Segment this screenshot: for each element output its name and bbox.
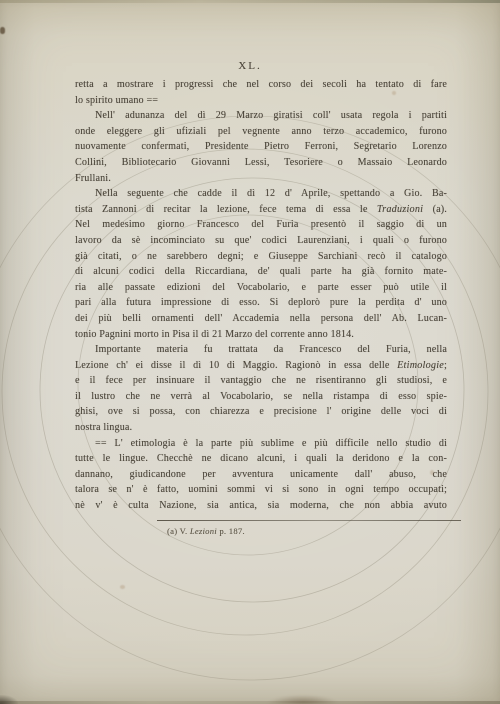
text-line: Importante materia fu trattata da France… (75, 342, 447, 358)
text-line: ria alle passate edizioni del Vocabolari… (75, 280, 447, 296)
corner-stain (0, 695, 18, 704)
text-line: ghisi, ove si possa, con chiarezza e pre… (75, 404, 447, 420)
text-line: già citati, o ne sarebbero degni; e Gius… (75, 249, 447, 265)
fox-spot (120, 585, 125, 589)
text-line: Nell' adunanza del dì 29 Marzo giratisi … (75, 108, 447, 124)
bottom-smudge (268, 695, 338, 704)
text-line: e il fece per insinuare il vantaggio che… (75, 373, 447, 389)
fox-spot (392, 91, 396, 95)
body-text: retta a mostrare i progressi che nel cor… (75, 77, 447, 514)
text-line: == L' etimologia è la parte più sublime … (75, 436, 447, 452)
text-line: nuovamente confermati, Presidente Pietro… (75, 139, 447, 155)
text-line: nè v' è culta Nazione, sia antica, sia m… (75, 498, 447, 514)
paragraph: Importante materia fu trattata da France… (75, 342, 447, 436)
fox-spot (430, 470, 434, 475)
text-line: lo spirito umano == (75, 93, 447, 109)
text-line: tista Zannoni di recitar la lezione, fec… (75, 202, 447, 218)
text-line: talora se n' è fatto, uomini sommi vi si… (75, 482, 447, 498)
text-line: onde eleggere gli ufiziali pel vegnente … (75, 124, 447, 140)
text-line: Nella seguente che cadde il dì 12 d' Apr… (75, 186, 447, 202)
text-line: dei più belli ornamenti dell' Accademia … (75, 311, 447, 327)
footnote: (a) V. Lezioni p. 187. (167, 526, 245, 536)
paragraph: Nella seguente che cadde il dì 12 d' Apr… (75, 186, 447, 342)
scanned-book-page: XL. retta a mostrare i progressi che nel… (0, 0, 500, 704)
text-line: nostra lingua. (75, 420, 447, 436)
scan-edge-top (0, 0, 500, 3)
text-line: lavoro da sè incominciato su que' codici… (75, 233, 447, 249)
text-line: dannano, giudicandone per avventura unic… (75, 467, 447, 483)
text-line: Lezione ch' ei disse il dì 10 di Maggio.… (75, 358, 447, 374)
text-line: Nel medesimo giorno Francesco del Furia … (75, 217, 447, 233)
text-line: il lustro che ne verrà al Vocabolario, s… (75, 389, 447, 405)
text-line: Frullani. (75, 171, 447, 187)
text-line: Collini, Bibliotecario Giovanni Lessi, T… (75, 155, 447, 171)
text-line: tutte le lingue. Checchè ne dicano alcun… (75, 451, 447, 467)
page-number: XL. (0, 60, 500, 72)
paragraph: Nell' adunanza del dì 29 Marzo giratisi … (75, 108, 447, 186)
paragraph: == L' etimologia è la parte più sublime … (75, 436, 447, 514)
text-line: tonio Pagnini morto in Pisa il dì 21 Mar… (75, 327, 447, 343)
text-line: pari alla futura impressione di esso. Si… (75, 295, 447, 311)
ink-speck (0, 27, 5, 34)
text-line: retta a mostrare i progressi che nel cor… (75, 77, 447, 93)
text-line: di alcuni codici della Riccardiana, de' … (75, 264, 447, 280)
footnote-divider (157, 520, 461, 521)
